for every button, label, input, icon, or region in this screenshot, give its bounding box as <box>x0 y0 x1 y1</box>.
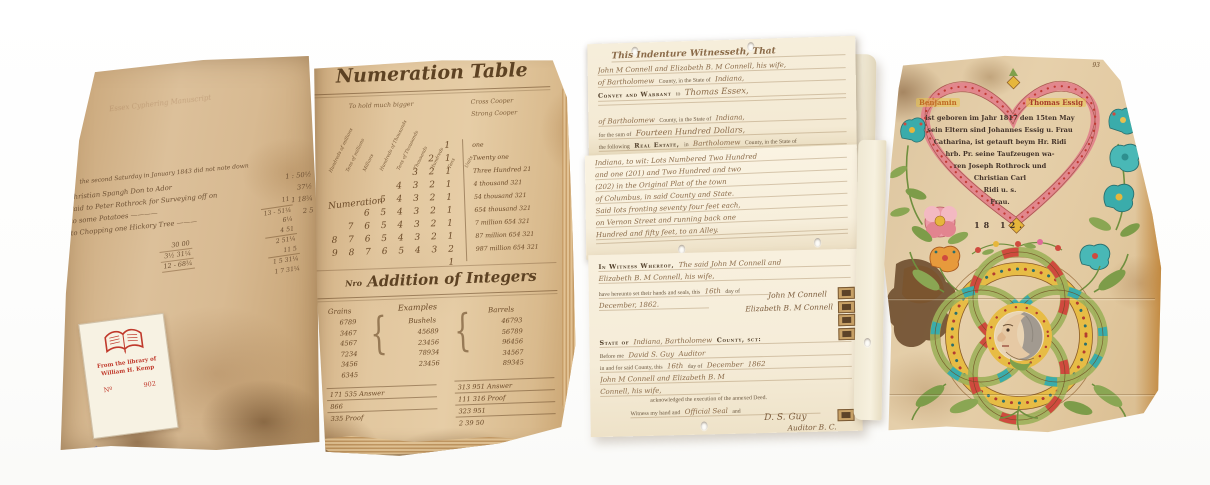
script-part: Bartholomew <box>693 138 741 147</box>
convey-warrant-label: Convey and Warrant <box>598 90 671 100</box>
punch-hole <box>701 421 708 430</box>
value: 3456 <box>324 359 358 371</box>
script-part: Indiana, <box>716 113 745 122</box>
deed-bottom-panel: In Witness Whereof, The said John M Conn… <box>588 249 862 438</box>
witness-line: Elizabeth B. M Connell, his wife, <box>599 269 851 284</box>
printed-part: day of <box>725 289 740 295</box>
library-bookplate: From the library of William H. Kemp Nº 9… <box>78 313 178 439</box>
work-figures: 30 00 3½ 31¼ 12 - 68¾ <box>158 239 195 273</box>
brace-glyph: { <box>369 308 388 360</box>
script-part: 1862 <box>748 360 766 368</box>
value: 23456 <box>400 358 440 370</box>
witness-label: In Witness Whereof, <box>598 261 674 271</box>
photograph-antique-documents: Essex Cyphering Manuscript the second Sa… <box>0 0 1210 485</box>
printed-part: and <box>732 409 740 415</box>
bookplate-number: 902 <box>143 380 156 390</box>
bushels-values: 45689 23456 78934 23456 <box>399 326 440 369</box>
page-number: 93 <box>1092 62 1100 69</box>
fraktur-taufschein: 93 Benjamin Thomas Essig ist geboren im … <box>874 54 1164 436</box>
grantee-name: Thomas Essex, <box>685 86 749 98</box>
auditor-title: Auditor B. C. <box>788 422 837 432</box>
value: 78934 <box>399 347 439 359</box>
script-part: December <box>707 361 744 370</box>
revenue-stamps <box>838 287 856 340</box>
script-part: Auditor <box>679 349 706 358</box>
account-amount: 1 18¾ <box>291 194 313 204</box>
fraktur-names: Benjamin Thomas Essig <box>916 98 1086 107</box>
deed-middle-panel: Indiana, to wit: Lots Numbered Two Hundr… <box>585 144 858 259</box>
fold-crease <box>883 298 1156 299</box>
printed-part: Witness my hand and <box>630 410 680 417</box>
fraktur-line: Christian Carl <box>914 172 1086 184</box>
crown-diamond <box>1007 76 1020 89</box>
page-stack-edge <box>562 88 578 418</box>
script-part: 16th <box>667 362 683 370</box>
numeration-table-title: Numeration Table <box>311 58 552 88</box>
revenue-stamp <box>838 287 855 299</box>
answers-left: 171 535 Answer 866 335 Proof <box>327 384 438 424</box>
notary-stamp <box>837 409 854 421</box>
fraktur-line: ist geboren im Jahr 1817 den 15ten May <box>914 112 1086 124</box>
value: 4567 <box>323 338 357 350</box>
printed-part: County, in the State of <box>659 116 711 124</box>
printed-part: Before me <box>600 353 624 360</box>
county-label: County, sct: <box>717 335 762 344</box>
name-thomas-essig: Thomas Essig <box>1026 98 1086 107</box>
fraktur-line: Catharina, ist getauft beym Hr. Ridi <box>914 136 1086 148</box>
script-part: 16th <box>705 287 721 295</box>
fraktur-line: hrb. Pr. seine Taufzeugen wa- <box>914 148 1086 160</box>
account-amount: 1 : 50½ <box>285 170 312 180</box>
revenue-stamp <box>838 300 855 312</box>
fold-crease <box>883 394 1156 395</box>
printed-part: day of <box>688 364 703 370</box>
script-note: Cross Cooper <box>471 97 514 105</box>
open-book-icon <box>102 323 146 358</box>
column-label-grains: Grains <box>328 307 352 316</box>
script-part: The said John M Connell and <box>679 259 782 270</box>
grains-values: 6789 3467 4567 7234 3456 6345 <box>322 317 358 381</box>
brace-glyph: { <box>453 305 472 357</box>
fraktur-year: 18 12. <box>970 220 1030 230</box>
value: 45689 <box>399 326 439 338</box>
bookplate-number-label: Nº <box>103 385 113 394</box>
witness-line: December, 1862. <box>599 299 709 311</box>
mounting-guard-strip <box>854 140 887 420</box>
auditor-name: David S. Guy <box>628 350 674 359</box>
ledger-left-page: Essex Cyphering Manuscript the second Sa… <box>58 52 322 454</box>
addition-prefix: Nro <box>345 278 362 289</box>
printed-part: for the sum of <box>599 132 632 139</box>
ack-line: John M Connell and Elizabeth B. M <box>600 370 852 385</box>
value: 6789 <box>322 317 356 329</box>
printed-part: have hereunto set their hands and seals,… <box>599 290 700 298</box>
fraktur-line: Frau. <box>914 196 1086 208</box>
script-part: of Bartholomew <box>598 116 655 126</box>
printed-part: to <box>676 91 681 97</box>
script-part: Official Seal <box>685 407 728 416</box>
fraktur-line: sein Eltern sind Johannes Essig u. Frau <box>914 124 1086 136</box>
punch-hole <box>864 338 871 347</box>
account-amount: 37½ <box>297 182 313 191</box>
answers-right: 313 951 Answer 111 316 Proof 323 951 2 3… <box>454 377 556 428</box>
ack-line: State of Indiana, Bartholomew County, sc… <box>599 333 851 348</box>
script-part: Fourteen Hundred Dollars, <box>636 125 746 137</box>
folded-deed-document: This Indenture Witnesseth, That John M C… <box>575 34 871 438</box>
deed-top-panel: This Indenture Witnesseth, That John M C… <box>587 36 856 156</box>
script-part: of Bartholomew <box>598 77 655 87</box>
reading-row: 987 million 654 321 <box>476 239 576 255</box>
fraktur-line: ren Joseph Rothrock und <box>914 160 1086 172</box>
printed-part: in and for said County, this <box>600 365 663 373</box>
ledger-right-page: Numeration Table To hold much bigger Cro… <box>300 48 584 460</box>
value: 89345 <box>480 357 524 369</box>
printed-part: in <box>684 142 689 148</box>
barrels-values: 46793 56789 96456 34567 89345 <box>478 315 524 369</box>
faint-inscription: Essex Cyphering Manuscript <box>109 85 289 113</box>
column-label-barrels: Barrels <box>488 306 514 315</box>
grantor-signature: Elizabeth B. M Connell <box>745 302 833 313</box>
ack-line: Connell, his wife, <box>600 385 720 397</box>
name-benjamin: Benjamin <box>916 98 960 107</box>
examples-label: Examples <box>398 302 438 312</box>
printed-part: County, in the State of <box>745 139 797 147</box>
punch-hole <box>814 238 821 247</box>
script-note: To hold much bigger <box>349 101 414 110</box>
printed-part: the following <box>599 144 630 151</box>
account-amount: 2 5 <box>302 206 314 215</box>
auditor-signature: D. S. Guy <box>764 412 806 423</box>
real-estate-label: Real Estate, <box>634 140 679 149</box>
shelf-mark: I - 6 <box>83 446 98 456</box>
state-label: State of <box>599 338 629 347</box>
printed-part: County, in the State of <box>659 77 711 85</box>
witness-line: have hereunto set their hands and seals,… <box>599 286 769 299</box>
column-label-bushels: Bushels <box>408 316 436 325</box>
script-part: Indiana, <box>715 74 744 83</box>
answer: 335 Proof <box>327 408 437 424</box>
script-part: Indiana, Bartholomew <box>634 336 713 346</box>
fraktur-line: Ridi u. s. <box>914 184 1086 196</box>
revenue-stamp <box>838 314 855 326</box>
grantor-signature: John M Connell <box>768 289 827 299</box>
value: 6345 <box>324 370 358 382</box>
rose-icon <box>909 206 970 247</box>
